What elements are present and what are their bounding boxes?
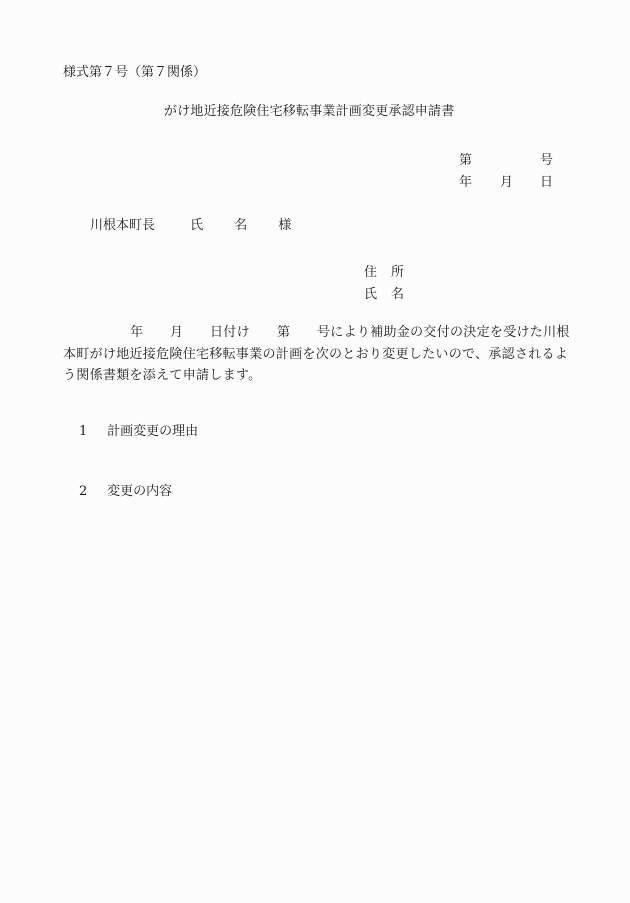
applicant-name-row: 氏 名: [364, 284, 404, 306]
reference-block: 第 号 年 月 日: [459, 150, 553, 194]
body-year: 年: [130, 322, 170, 344]
application-body: 年月日付け第号により補助金の交付の決定を受けた川根本町がけ地近接危険住宅移転事業…: [63, 322, 575, 387]
addressee-name-label-2: 名: [234, 218, 274, 234]
item-number: 2: [79, 484, 103, 500]
body-number-prefix: 第: [277, 322, 317, 344]
item-label: 計画変更の理由: [107, 424, 198, 440]
reference-number-prefix: 第: [459, 153, 540, 169]
addressee-honorific: 様: [278, 218, 291, 234]
applicant-name-label-1: 氏: [364, 287, 391, 303]
reference-date-row: 年 月 日: [459, 172, 553, 194]
item-label: 変更の内容: [107, 484, 172, 500]
item-change-reason: 1 計画変更の理由: [79, 424, 198, 440]
applicant-address-label-2: 所: [391, 265, 404, 281]
addressee-office: 川根本町長: [90, 218, 186, 234]
reference-day: 日: [540, 175, 553, 191]
body-month: 月: [170, 322, 210, 344]
reference-month: 月: [500, 175, 540, 191]
applicant-address-label-1: 住: [364, 265, 391, 281]
form-number: 様式第７号（第７関係）: [63, 65, 206, 81]
applicant-address-row: 住 所: [364, 262, 404, 284]
reference-number-suffix: 号: [540, 153, 553, 169]
addressee: 川根本町長 氏 名 様: [90, 218, 291, 234]
document-title: がけ地近接危険住宅移転事業計画変更承認申請書: [164, 104, 454, 120]
applicant-block: 住 所 氏 名: [364, 262, 404, 306]
body-date-suffix: 日付け: [210, 322, 277, 344]
reference-number-row: 第 号: [459, 150, 553, 172]
reference-year: 年: [459, 175, 500, 191]
item-number: 1: [79, 424, 103, 440]
item-change-content: 2 変更の内容: [79, 484, 172, 500]
addressee-name-label-1: 氏: [190, 218, 230, 234]
applicant-name-label-2: 名: [391, 287, 404, 303]
